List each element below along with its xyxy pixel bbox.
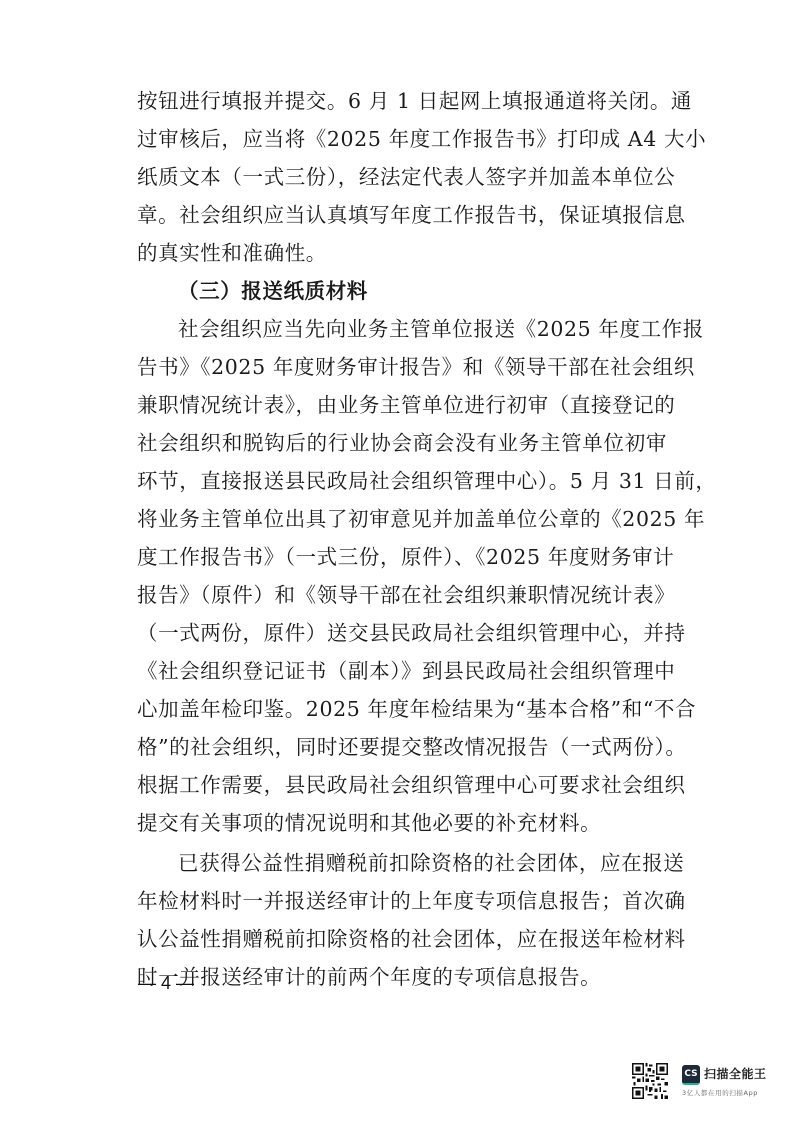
text-line: 度工作报告书》（一式三份，原件）、《2025 年度财务审计 bbox=[137, 538, 667, 576]
text-line: 根据工作需要，县民政局社会组织管理中心可要求社会组织 bbox=[137, 766, 667, 804]
document-body: 按钮进行填报并提交。6 月 1 日起网上填报通道将关闭。通 过审核后，应当将《2… bbox=[137, 82, 667, 996]
text-line: 环节，直接报送县民政局社会组织管理中心）。5 月 31 日前， bbox=[137, 462, 667, 500]
text-line: 的真实性和准确性。 bbox=[137, 234, 667, 272]
paragraph-1: 按钮进行填报并提交。6 月 1 日起网上填报通道将关闭。通 过审核后，应当将《2… bbox=[137, 82, 667, 272]
text-line: 过审核后，应当将《2025 年度工作报告书》打印成 A4 大小 bbox=[137, 120, 667, 158]
text-line: 将业务主管单位出具了初审意见并加盖单位公章的《2025 年 bbox=[137, 500, 667, 538]
text-line: 按钮进行填报并提交。6 月 1 日起网上填报通道将关闭。通 bbox=[137, 82, 667, 120]
section-heading: （三）报送纸质材料 bbox=[137, 272, 667, 310]
text-line: 社会组织应当先向业务主管单位报送《2025 年度工作报 bbox=[137, 310, 667, 348]
brand-tagline: 3亿人都在用的扫描App bbox=[682, 1088, 758, 1097]
qr-code-icon bbox=[632, 1063, 668, 1099]
scanner-watermark: CS 扫描全能王 3亿人都在用的扫描App bbox=[632, 1063, 782, 1107]
text-line: 纸质文本（一式三份），经法定代表人签字并加盖本单位公 bbox=[137, 158, 667, 196]
text-line: 《社会组织登记证书（副本）》到县民政局社会组织管理中 bbox=[137, 652, 667, 690]
page-number: — 4 — bbox=[138, 973, 194, 994]
text-line: 认公益性捐赠税前扣除资格的社会团体，应在报送年检材料 bbox=[137, 920, 667, 958]
text-line: 兼职情况统计表》，由业务主管单位进行初审（直接登记的 bbox=[137, 386, 667, 424]
text-line: 章。社会组织应当认真填写年度工作报告书，保证填报信息 bbox=[137, 196, 667, 234]
text-line: 提交有关事项的情况说明和其他必要的补充材料。 bbox=[137, 804, 667, 842]
text-line: （一式两份，原件）送交县民政局社会组织管理中心，并持 bbox=[137, 614, 667, 652]
paragraph-3: 已获得公益性捐赠税前扣除资格的社会团体，应在报送 年检材料时一并报送经审计的上年… bbox=[137, 844, 667, 996]
brand-name: 扫描全能王 bbox=[704, 1065, 767, 1082]
text-line: 时一并报送经审计的前两个年度的专项信息报告。 bbox=[137, 958, 667, 996]
text-line: 格”的社会组织，同时还要提交整改情况报告（一式两份）。 bbox=[137, 728, 667, 766]
paragraph-2: 社会组织应当先向业务主管单位报送《2025 年度工作报 告书》《2025 年度财… bbox=[137, 310, 667, 842]
text-line: 告书》《2025 年度财务审计报告》和《领导干部在社会组织 bbox=[137, 348, 667, 386]
camscanner-logo-icon: CS bbox=[682, 1065, 700, 1085]
text-line: 已获得公益性捐赠税前扣除资格的社会团体，应在报送 bbox=[137, 844, 667, 882]
text-line: 报告》（原件）和《领导干部在社会组织兼职情况统计表》 bbox=[137, 576, 667, 614]
text-line: 心加盖年检印鉴。2025 年度年检结果为“基本合格”和“不合 bbox=[137, 690, 667, 728]
text-line: 年检材料时一并报送经审计的上年度专项信息报告；首次确 bbox=[137, 882, 667, 920]
text-line: 社会组织和脱钩后的行业协会商会没有业务主管单位初审 bbox=[137, 424, 667, 462]
